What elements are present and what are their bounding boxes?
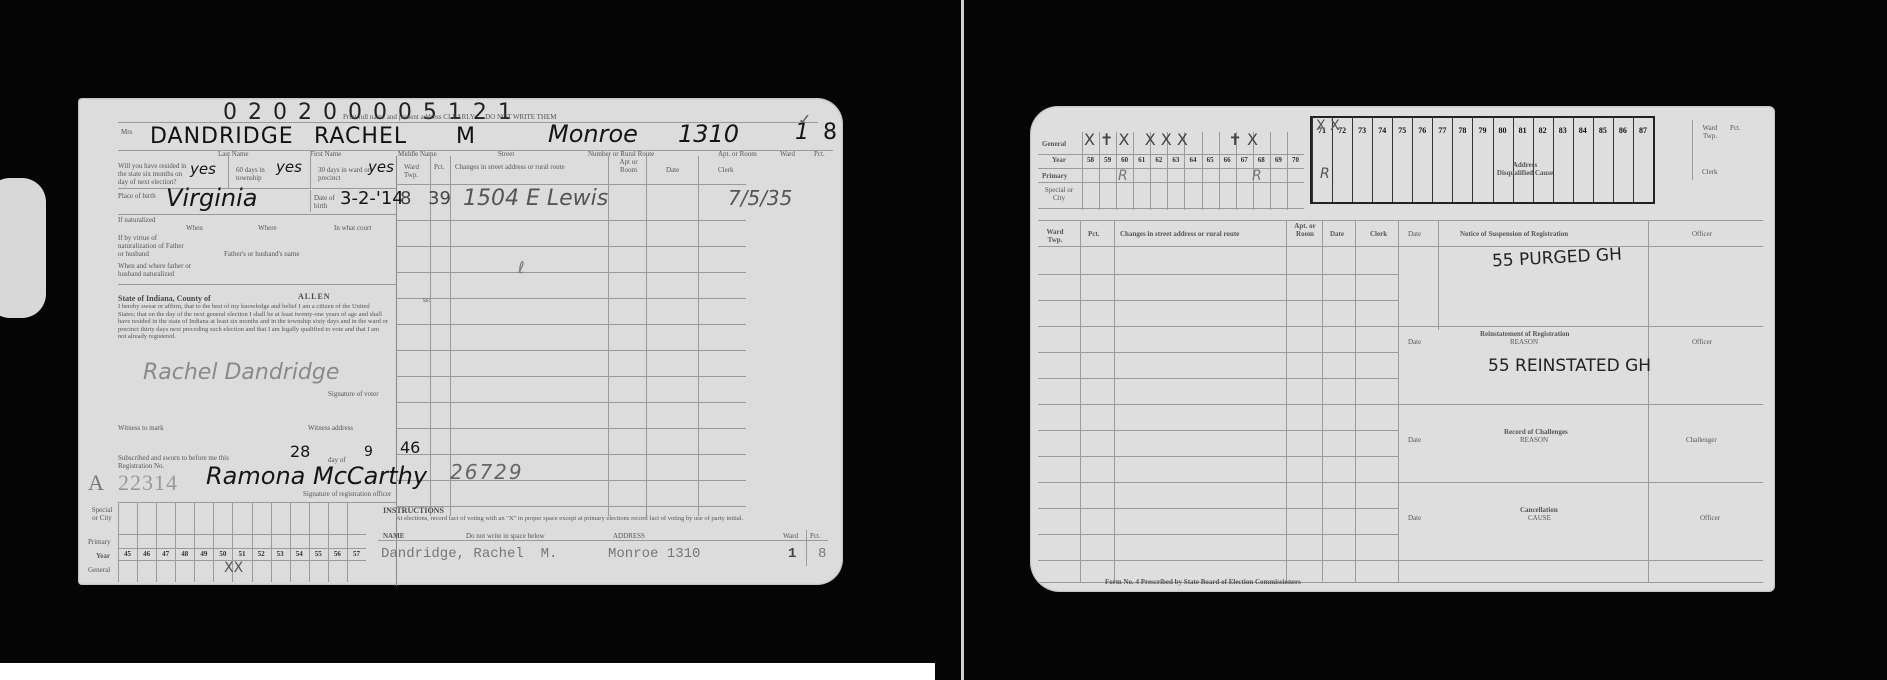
year-cell: 68 <box>1253 156 1270 164</box>
oath-state-county: State of Indiana, County of <box>118 294 211 303</box>
year-cell: 75 <box>1392 126 1412 135</box>
lower-date-label: Date <box>1330 230 1344 238</box>
year-cell: 63 <box>1167 156 1184 164</box>
year-cell: 45 <box>118 550 137 558</box>
oath-county: ALLEN <box>298 292 331 301</box>
grid-line <box>271 502 272 582</box>
subscribed-day: 28 <box>290 442 310 461</box>
primary-mark: R <box>1320 166 1330 182</box>
grid-line <box>1287 132 1288 210</box>
reinstatement-date-label: Date <box>1408 338 1421 346</box>
year-cell: 64 <box>1184 156 1201 164</box>
typed-pct: 8 <box>818 546 826 562</box>
ward-label: Ward <box>780 150 795 158</box>
year-cell: 69 <box>1270 156 1287 164</box>
oath-text: I hereby swear or affirm, that to the be… <box>118 303 388 341</box>
primary-label: Primary <box>88 538 111 546</box>
special-city-label: Special or City <box>88 506 116 522</box>
year-cell: 78 <box>1452 126 1472 135</box>
year-cell: 49 <box>194 550 213 558</box>
year-cell: 85 <box>1593 126 1613 135</box>
witness-mark-label: Witness to mark <box>118 424 164 432</box>
virtue-naturalization-label: If by virtue of naturalization of Father… <box>118 234 188 258</box>
registration-card-back: General Year Primary Special or City 585… <box>1030 106 1775 592</box>
year-cell: 54 <box>290 550 309 558</box>
subscribed-month: 9 <box>364 444 373 460</box>
change-clerk-label: Clerk <box>718 166 734 174</box>
year-cell: 55 <box>309 550 328 558</box>
resided-state-answer: yes <box>190 160 216 178</box>
change-ward-value: 8 <box>400 188 411 209</box>
naturalized-court-label: In what court <box>334 224 371 232</box>
grid-line <box>290 502 291 582</box>
ward-twp-label: Ward Twp. <box>404 163 429 179</box>
last-name-value: DANDRIDGE <box>150 124 294 149</box>
first-name-value: RACHEL <box>314 124 407 149</box>
grid-line <box>1082 132 1083 210</box>
instructions-text: At elections, record fact of voting with… <box>396 515 816 523</box>
subscribed-year: 46 <box>400 438 420 457</box>
year-cell: 60 <box>1116 156 1133 164</box>
title-prefix: Mrs <box>121 128 132 136</box>
year-cell: 87 <box>1633 126 1653 135</box>
purged-stamp: 55 PURGED GH <box>1492 245 1623 272</box>
year-cell: 81 <box>1513 126 1533 135</box>
days-ward-answer: yes <box>368 158 394 176</box>
first-name-label: First Name <box>310 150 341 158</box>
grid-line <box>194 502 195 582</box>
change-pct-value: 39 <box>428 188 451 209</box>
change-address-value: 1504 E Lewis <box>463 186 608 211</box>
year-cell: 70 <box>1287 156 1304 164</box>
birth-place-value: Virginia <box>166 184 257 212</box>
grid-line <box>328 502 329 582</box>
father-husband-name-label: Father's or husband's name <box>224 250 299 258</box>
registration-letter: A <box>88 470 104 496</box>
registration-card-front: 0 2 0 2 0 0 0 0 5 1 2 1 Print full name … <box>78 98 843 585</box>
naturalized-when-label: When <box>186 224 203 232</box>
print-instruction: Print full name and present address CLEA… <box>343 113 556 121</box>
year-cell: 77 <box>1432 126 1452 135</box>
grid-line <box>347 502 348 582</box>
apt-room-label: Apt. or Room <box>718 150 757 158</box>
subscribed-label: Subscribed and sworn to before me this <box>118 454 229 462</box>
suspension-date-label: Date <box>1408 230 1421 238</box>
days-township-label: 60 days in township <box>236 166 276 182</box>
year-cell: 83 <box>1553 126 1573 135</box>
lower-ward-twp-label: Ward Twp. <box>1044 228 1066 244</box>
reinstated-stamp: 55 REINSTATED GH <box>1488 356 1651 376</box>
challenges-date-label: Date <box>1408 436 1421 444</box>
address-column-label: ADDRESS <box>613 532 645 540</box>
year-cell: 51 <box>232 550 251 558</box>
primary-mark: R <box>1252 168 1262 184</box>
lower-clerk-label: Clerk <box>1370 230 1387 238</box>
witness-address-label: Witness address <box>308 424 353 432</box>
back-boxed-year-grid: 7172737475767778798081828384858687 <box>1312 116 1653 202</box>
registration-number: 22314 <box>118 470 178 496</box>
reinstatement-reason-label: REASON <box>1510 338 1538 346</box>
birth-place-label: Place of birth <box>118 192 156 200</box>
year-cell: 58 <box>1082 156 1099 164</box>
address-disqualified-label: Address Disqualified Cause <box>1495 161 1555 177</box>
year-cell: 65 <box>1202 156 1219 164</box>
change-apt-label: Apt or Room <box>616 158 641 174</box>
pct-value: 8 <box>823 120 837 145</box>
naturalized-where-label: Where <box>258 224 277 232</box>
oath-ss: ss: <box>423 296 430 304</box>
pct-column-label: Pct. <box>810 532 821 540</box>
year-cell: 61 <box>1133 156 1150 164</box>
resided-state-label: Will you have resided in the state six m… <box>118 162 188 186</box>
year-cell: 76 <box>1412 126 1432 135</box>
grid-line <box>175 502 176 582</box>
grid-line <box>252 502 253 582</box>
year-cell: 66 <box>1219 156 1236 164</box>
record-challenges-label: Record of Challenges <box>1504 428 1568 436</box>
officer-signature-label: Signature of registration officer <box>303 490 391 498</box>
pct-label: Pct. <box>814 150 825 158</box>
year-cell: 48 <box>175 550 194 558</box>
officer-signature: Ramona McCarthy <box>206 462 427 490</box>
back-clerk-label: Clerk <box>1702 168 1718 176</box>
general-label: General <box>88 566 110 574</box>
adjacent-card-edge <box>0 178 46 318</box>
grid-line <box>213 502 214 582</box>
naturalized-label: If naturalized <box>118 216 156 224</box>
year-cell: 53 <box>271 550 290 558</box>
lower-apt-room-label: Apt. or Room <box>1292 222 1318 238</box>
grid-line <box>156 502 157 582</box>
back-general-label: General <box>1042 140 1066 148</box>
cancellation-cause-label: CAUSE <box>1528 514 1551 522</box>
form-footer: Form No. 4 Prescribed by State Board of … <box>1105 578 1301 586</box>
days-township-answer: yes <box>276 158 302 176</box>
lower-pct-label: Pct. <box>1088 230 1099 238</box>
primary-mark: R <box>1118 168 1128 184</box>
year-cell: 50 <box>213 550 232 558</box>
viewer-divider <box>961 0 964 680</box>
year-cell: 47 <box>156 550 175 558</box>
reinstatement-officer-label: Officer <box>1692 338 1712 346</box>
back-pct-label: Pct. <box>1730 124 1741 132</box>
year-cell: 56 <box>328 550 347 558</box>
do-not-write-label: Do not write in space below <box>466 532 545 540</box>
grid-line <box>118 502 119 582</box>
year-cell: 74 <box>1372 126 1392 135</box>
ward-value: 1 <box>795 120 809 145</box>
general-vote-marks: XX <box>224 560 243 576</box>
reinstatement-label: Reinstatement of Registration <box>1480 330 1569 338</box>
general-vote-marks: X ✝ X X X X ✝ X <box>1084 130 1258 149</box>
year-cell: 57 <box>347 550 366 558</box>
changes-address-label: Changes in street address or rural route <box>455 163 565 171</box>
back-primary-label: Primary <box>1042 172 1067 180</box>
cancellation-date-label: Date <box>1408 514 1421 522</box>
street-value: Monroe <box>548 120 638 148</box>
year-cell: 82 <box>1533 126 1553 135</box>
lower-changes-address-label: Changes in street address or rural route <box>1120 230 1239 238</box>
change-date-label: Date <box>666 166 679 174</box>
handwritten-number: 26729 <box>450 460 524 484</box>
year-cell: 62 <box>1150 156 1167 164</box>
grid-line <box>309 502 310 582</box>
year-cell: 73 <box>1352 126 1372 135</box>
last-name-label: Last Name <box>218 150 249 158</box>
voter-signature: Rachel Dandridge <box>143 360 339 385</box>
year-cell: 80 <box>1493 126 1513 135</box>
house-number-value: 1310 <box>678 120 739 148</box>
typed-name: Dandridge, Rachel M. <box>381 546 557 562</box>
year-label: Year <box>96 552 110 560</box>
notice-suspension-label: Notice of Suspension of Registration <box>1460 230 1568 238</box>
father-naturalized-label: When and where father or husband natural… <box>118 262 198 278</box>
voter-signature-label: Signature of voter <box>328 390 379 398</box>
change-pct-label: Pct. <box>434 163 445 171</box>
back-year-label: Year <box>1052 156 1066 164</box>
faint-mark: ℓ <box>518 258 525 277</box>
instructions-title: INSTRUCTIONS <box>383 506 444 515</box>
back-special-city-label: Special or City <box>1044 186 1074 202</box>
name-column-label: NAME <box>383 532 404 540</box>
year-cell: 79 <box>1472 126 1492 135</box>
cancellation-officer-label: Officer <box>1700 514 1720 522</box>
general-vote-marks-boxed: X X <box>1316 118 1340 134</box>
cancellation-label: Cancellation <box>1520 506 1558 514</box>
middle-name-value: M <box>456 124 475 149</box>
suspension-officer-label: Officer <box>1692 230 1712 238</box>
typed-ward: 1 <box>788 546 796 562</box>
year-cell: 46 <box>137 550 156 558</box>
typed-address: Monroe 1310 <box>608 546 700 562</box>
change-date-value: 7/5/35 <box>728 186 792 210</box>
bottom-white-bar <box>0 663 935 680</box>
registration-no-label: Registration No. <box>118 462 164 470</box>
year-cell: 84 <box>1573 126 1593 135</box>
ward-column-label: Ward <box>783 532 798 540</box>
back-ward-twp-label: Ward Twp. <box>1698 124 1722 140</box>
challenger-label: Challenger <box>1686 436 1717 444</box>
challenges-reason-label: REASON <box>1520 436 1548 444</box>
grid-line <box>1270 132 1271 210</box>
year-cell: 86 <box>1613 126 1633 135</box>
street-label: Street <box>498 150 514 158</box>
grid-line <box>137 502 138 582</box>
year-cell: 52 <box>252 550 271 558</box>
year-cell: 59 <box>1099 156 1116 164</box>
number-route-label: Number or Rural Route <box>588 150 654 158</box>
birth-date-value: 3-2-'14 <box>340 188 404 209</box>
year-cell: 67 <box>1236 156 1253 164</box>
